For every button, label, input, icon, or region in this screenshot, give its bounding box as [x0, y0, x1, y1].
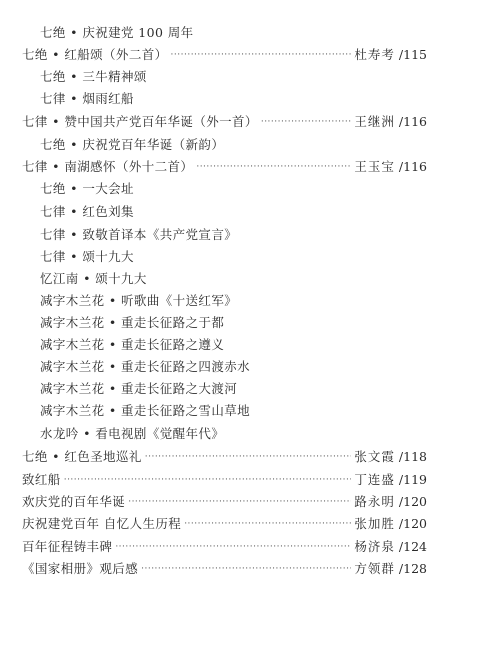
entry-author: 杨济泉 — [354, 537, 395, 557]
toc-entry[interactable]: 七律 • 赞中国共产党百年华诞（外一首）王继洲/116 — [22, 112, 427, 132]
entry-title: 百年征程铸丰碑 — [22, 537, 112, 557]
entry-title: 致红船 — [22, 470, 61, 490]
entry-title: 七绝 • 庆祝建党 100 周年 — [40, 23, 194, 43]
entry-page: /120 — [399, 514, 427, 534]
entry-title: 七绝 • 红船颂（外二首） — [22, 45, 168, 65]
toc-entry[interactable]: 庆祝建党百年 自忆人生历程张加胜/120 — [22, 514, 427, 534]
toc-entry[interactable]: 百年征程铸丰碑杨济泉/124 — [22, 537, 427, 557]
toc-subentry: 七绝 • 一大会址 — [40, 179, 134, 199]
toc-subentry: 七律 • 颂十九大 — [40, 247, 134, 267]
entry-page: /118 — [399, 447, 427, 467]
entry-page: /119 — [399, 470, 427, 490]
dot-leader — [261, 112, 352, 132]
entry-title: 《国家相册》观后感 — [22, 559, 138, 579]
entry-author: 王玉宝 — [354, 157, 395, 177]
toc-subentry: 七律 • 烟雨红船 — [40, 89, 134, 109]
dot-leader — [145, 447, 352, 467]
entry-title: 七律 • 赞中国共产党百年华诞（外一首） — [22, 112, 258, 132]
entry-title: 七绝 • 一大会址 — [40, 179, 134, 199]
toc-subentry: 七律 • 致敬首译本《共产党宣言》 — [40, 225, 237, 245]
entry-page: /128 — [399, 559, 427, 579]
entry-author: 王继洲 — [354, 112, 395, 132]
entry-title: 七绝 • 红色圣地巡礼 — [22, 447, 142, 467]
entry-author: 路永明 — [354, 492, 395, 512]
entry-title: 七律 • 南湖感怀（外十二首） — [22, 157, 193, 177]
toc-entry[interactable]: 《国家相册》观后感方领群/128 — [22, 559, 427, 579]
dot-leader — [128, 492, 351, 512]
dot-leader — [171, 45, 352, 65]
entry-title: 水龙吟 • 看电视剧《觉醒年代》 — [40, 424, 224, 444]
toc-subentry: 减字木兰花 • 重走长征路之于都 — [40, 313, 224, 333]
entry-title: 七律 • 烟雨红船 — [40, 89, 134, 109]
toc-subentry: 减字木兰花 • 重走长征路之大渡河 — [40, 379, 237, 399]
dot-leader — [115, 537, 351, 557]
entry-author: 方领群 — [354, 559, 395, 579]
dot-leader — [196, 157, 351, 177]
entry-title: 减字木兰花 • 听歌曲《十送红军》 — [40, 291, 237, 311]
entry-title: 七律 • 致敬首译本《共产党宣言》 — [40, 225, 237, 245]
entry-author: 杜寿考 — [354, 45, 395, 65]
entry-title: 减字木兰花 • 重走长征路之大渡河 — [40, 379, 237, 399]
toc-subentry: 七绝 • 三牛精神颂 — [40, 67, 147, 87]
entry-title: 减字木兰花 • 重走长征路之雪山草地 — [40, 401, 250, 421]
entry-page: /116 — [399, 112, 427, 132]
toc-subentry: 七律 • 红色刘集 — [40, 202, 134, 222]
entry-title: 七律 • 红色刘集 — [40, 202, 134, 222]
dot-leader — [184, 514, 351, 534]
entry-title: 减字木兰花 • 重走长征路之遵义 — [40, 335, 224, 355]
toc-entry[interactable]: 七绝 • 红船颂（外二首）杜寿考/115 — [22, 45, 427, 65]
entry-author: 张文霞 — [354, 447, 395, 467]
toc-subentry: 七绝 • 庆祝党百年华诞（新韵） — [40, 135, 224, 155]
toc-subentry: 减字木兰花 • 重走长征路之遵义 — [40, 335, 224, 355]
entry-page: /115 — [399, 45, 427, 65]
toc-entry[interactable]: 七律 • 南湖感怀（外十二首）王玉宝/116 — [22, 157, 427, 177]
toc-entry[interactable]: 致红船丁连盛/119 — [22, 470, 427, 490]
entry-title: 忆江南 • 颂十九大 — [40, 269, 147, 289]
toc-subentry: 水龙吟 • 看电视剧《觉醒年代》 — [40, 424, 224, 444]
toc-subentry: 忆江南 • 颂十九大 — [40, 269, 147, 289]
entry-page: /116 — [399, 157, 427, 177]
entry-title: 七绝 • 三牛精神颂 — [40, 67, 147, 87]
toc-subentry: 七绝 • 庆祝建党 100 周年 — [40, 23, 194, 43]
entry-page: /124 — [399, 537, 427, 557]
toc-entry[interactable]: 欢庆党的百年华诞路永明/120 — [22, 492, 427, 512]
dot-leader — [64, 470, 352, 490]
dot-leader — [141, 559, 351, 579]
toc-subentry: 减字木兰花 • 听歌曲《十送红军》 — [40, 291, 237, 311]
entry-author: 张加胜 — [354, 514, 395, 534]
entry-title: 庆祝建党百年 自忆人生历程 — [22, 514, 181, 534]
entry-author: 丁连盛 — [354, 470, 395, 490]
toc-entry[interactable]: 七绝 • 红色圣地巡礼张文霞/118 — [22, 447, 427, 467]
toc-subentry: 减字木兰花 • 重走长征路之雪山草地 — [40, 401, 250, 421]
entry-title: 减字木兰花 • 重走长征路之于都 — [40, 313, 224, 333]
entry-title: 欢庆党的百年华诞 — [22, 492, 125, 512]
toc-subentry: 减字木兰花 • 重走长征路之四渡赤水 — [40, 357, 250, 377]
entry-page: /120 — [399, 492, 427, 512]
entry-title: 七律 • 颂十九大 — [40, 247, 134, 267]
entry-title: 七绝 • 庆祝党百年华诞（新韵） — [40, 135, 224, 155]
entry-title: 减字木兰花 • 重走长征路之四渡赤水 — [40, 357, 250, 377]
